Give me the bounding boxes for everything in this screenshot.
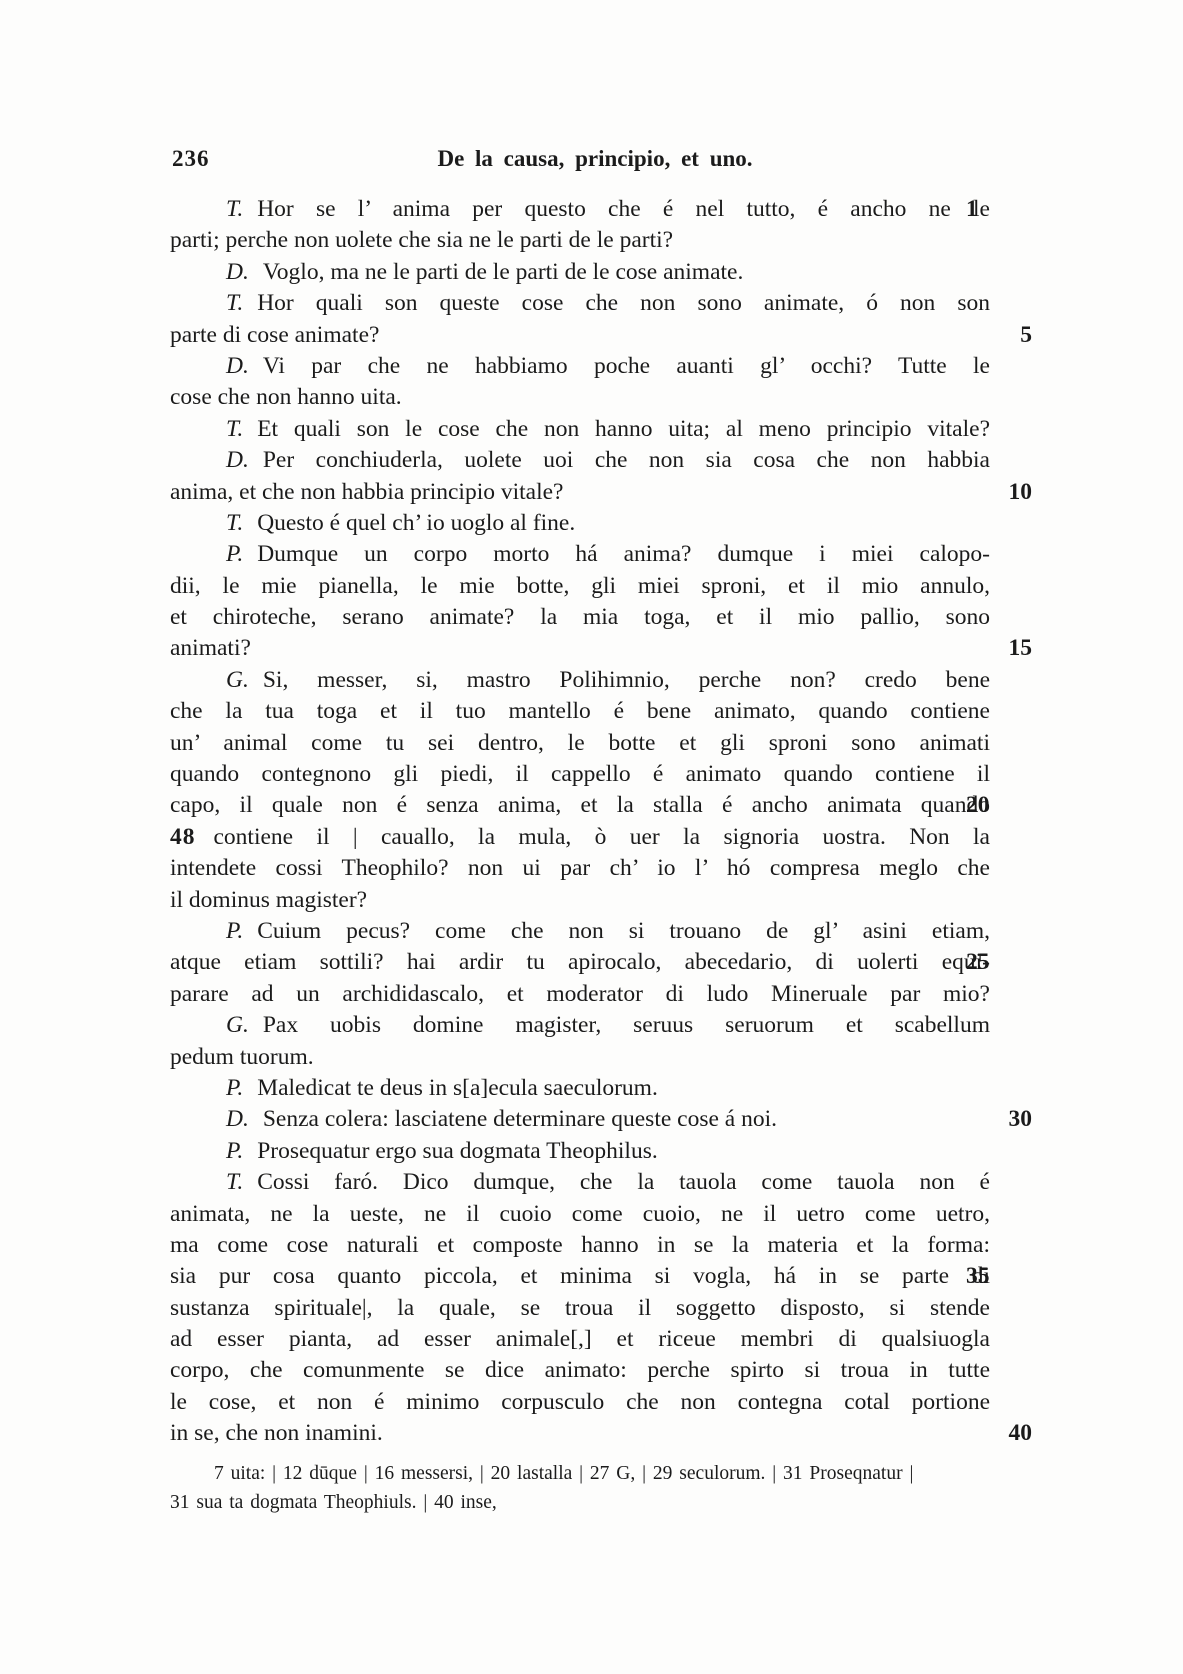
line-text: parare ad un archididascalo, et moderato… bbox=[170, 981, 990, 1007]
speaker-label: P. bbox=[226, 918, 243, 944]
margin-line-number: 40 bbox=[966, 1418, 1032, 1449]
line-text: corpo, che comunmente se dice animato: p… bbox=[170, 1357, 990, 1383]
line-text: anima, et che non habbia principio vital… bbox=[170, 479, 563, 505]
speaker-label: P. bbox=[226, 1138, 243, 1164]
text-line: 48contiene il | cauallo, la mula, ò uer … bbox=[170, 822, 990, 853]
line-text: in se, che non inamini. bbox=[170, 1420, 383, 1446]
text-line: cose che non hanno uita. bbox=[170, 382, 990, 413]
text-line: T.Hor se l’ anima per questo che é nel t… bbox=[170, 194, 990, 225]
speaker-label: G. bbox=[226, 667, 249, 693]
text-line: che la tua toga et il tuo mantello é ben… bbox=[170, 696, 990, 727]
line-text: Si, messer, si, mastro Polihimnio, perch… bbox=[263, 667, 990, 693]
text-line: in se, che non inamini.40 bbox=[170, 1418, 990, 1449]
speaker-label: P. bbox=[226, 541, 243, 567]
text-line: T.Hor quali son queste cose che non sono… bbox=[170, 288, 990, 319]
line-text: ma come cose naturali et composte hanno … bbox=[170, 1232, 990, 1258]
text-line: sustanza spirituale|, la quale, se troua… bbox=[170, 1293, 990, 1324]
line-text: Cuium pecus? come che non si trouano de … bbox=[257, 918, 990, 944]
line-text: contiene il | cauallo, la mula, ò uer la… bbox=[214, 824, 991, 850]
line-text: sustanza spirituale|, la quale, se troua… bbox=[170, 1295, 990, 1321]
page-content: 236 De la causa, principio, et uno. T.Ho… bbox=[170, 146, 990, 1517]
line-text: Maledicat te deus in s[a]ecula saeculoru… bbox=[257, 1075, 658, 1101]
text-line: atque etiam sottili? hai ardir tu apiroc… bbox=[170, 947, 990, 978]
margin-line-number: 10 bbox=[966, 477, 1032, 508]
line-text: parti; perche non uolete che sia ne le p… bbox=[170, 227, 673, 253]
book-page: 236 De la causa, principio, et uno. T.Ho… bbox=[0, 0, 1183, 1674]
text-body: T.Hor se l’ anima per questo che é nel t… bbox=[170, 194, 990, 1450]
text-line: intendete cossi Theophilo? non ui par ch… bbox=[170, 853, 990, 884]
text-line: parti; perche non uolete che sia ne le p… bbox=[170, 225, 990, 256]
margin-line-number: 5 bbox=[966, 320, 1032, 351]
speaker-label: D. bbox=[226, 447, 249, 473]
line-text: animati? bbox=[170, 635, 251, 661]
text-line: animata, ne la ueste, ne il cuoio come c… bbox=[170, 1199, 990, 1230]
text-line: parare ad un archididascalo, et moderato… bbox=[170, 979, 990, 1010]
text-line: ma come cose naturali et composte hanno … bbox=[170, 1230, 990, 1261]
speaker-label: T. bbox=[226, 416, 243, 442]
apparatus-line: 31 sua ta dogmata Theophiuls. | 40 inse, bbox=[170, 1488, 990, 1517]
leaf-number: 48 bbox=[170, 824, 196, 850]
line-text: Per conchiuderla, uolete uoi che non sia… bbox=[263, 447, 990, 473]
text-line: G.Pax uobis domine magister, seruus seru… bbox=[170, 1010, 990, 1041]
text-line: D.Senza colera: lasciatene determinare q… bbox=[170, 1104, 990, 1135]
line-text: Et quali son le cose che non hanno uita;… bbox=[257, 416, 990, 442]
text-line: D.Voglo, ma ne le parti de le parti de l… bbox=[170, 257, 990, 288]
line-text: che la tua toga et il tuo mantello é ben… bbox=[170, 698, 990, 724]
text-line: il dominus magister? bbox=[170, 885, 990, 916]
apparatus-text: 31 sua ta dogmata Theophiuls. | 40 inse, bbox=[170, 1492, 497, 1513]
margin-line-number: 1 bbox=[966, 194, 1032, 225]
running-title: De la causa, principio, et uno. bbox=[170, 146, 990, 172]
speaker-label: T. bbox=[226, 290, 243, 316]
speaker-label: D. bbox=[226, 259, 249, 285]
line-text: dii, le mie pianella, le mie botte, gli … bbox=[170, 573, 990, 599]
margin-line-number: 35 bbox=[966, 1261, 1032, 1292]
line-text: ad esser pianta, ad esser animale[,] et … bbox=[170, 1326, 990, 1352]
speaker-label: P. bbox=[226, 1075, 243, 1101]
margin-line-number: 30 bbox=[966, 1104, 1032, 1135]
speaker-label: T. bbox=[226, 1169, 243, 1195]
line-text: le cose, et non é minimo corpusculo che … bbox=[170, 1389, 990, 1415]
line-text: Senza colera: lasciatene determinare que… bbox=[263, 1106, 777, 1132]
line-text: Questo é quel ch’ io uoglo al fine. bbox=[257, 510, 575, 536]
text-line: capo, il quale non é senza anima, et la … bbox=[170, 790, 990, 821]
margin-line-number: 15 bbox=[966, 633, 1032, 664]
margin-line-number: 20 bbox=[966, 790, 1032, 821]
line-text: parte di cose animate? bbox=[170, 322, 379, 348]
text-line: P.Dumque un corpo morto há anima? dumque… bbox=[170, 539, 990, 570]
line-text: Prosequatur ergo sua dogmata Theophilus. bbox=[257, 1138, 658, 1164]
line-text: Hor quali son queste cose che non sono a… bbox=[257, 290, 990, 316]
speaker-label: G. bbox=[226, 1012, 249, 1038]
text-line: T.Cossi faró. Dico dumque, che la tauola… bbox=[170, 1167, 990, 1198]
line-text: Hor se l’ anima per questo che é nel tut… bbox=[257, 196, 990, 222]
page-number: 236 bbox=[172, 146, 210, 172]
page-header: 236 De la causa, principio, et uno. bbox=[170, 146, 990, 173]
line-text: Pax uobis domine magister, seruus seruor… bbox=[263, 1012, 990, 1038]
line-text: atque etiam sottili? hai ardir tu apiroc… bbox=[170, 949, 990, 975]
text-line: ad esser pianta, ad esser animale[,] et … bbox=[170, 1324, 990, 1355]
speaker-label: T. bbox=[226, 510, 243, 536]
text-line: le cose, et non é minimo corpusculo che … bbox=[170, 1387, 990, 1418]
text-line: P.Cuium pecus? come che non si trouano d… bbox=[170, 916, 990, 947]
text-line: sia pur cosa quanto piccola, et minima s… bbox=[170, 1261, 990, 1292]
text-line: D.Per conchiuderla, uolete uoi che non s… bbox=[170, 445, 990, 476]
speaker-label: T. bbox=[226, 196, 243, 222]
line-text: et chiroteche, serano animate? la mia to… bbox=[170, 604, 990, 630]
line-text: sia pur cosa quanto piccola, et minima s… bbox=[170, 1263, 990, 1289]
speaker-label: D. bbox=[226, 353, 249, 379]
text-line: D.Vi par che ne habbiamo poche auanti gl… bbox=[170, 351, 990, 382]
text-line: G.Si, messer, si, mastro Polihimnio, per… bbox=[170, 665, 990, 696]
line-text: Voglo, ma ne le parti de le parti de le … bbox=[263, 259, 744, 285]
critical-apparatus: 7 uita: | 12 dūque | 16 messersi, | 20 l… bbox=[170, 1459, 990, 1517]
text-line: P.Prosequatur ergo sua dogmata Theophilu… bbox=[170, 1136, 990, 1167]
text-line: corpo, che comunmente se dice animato: p… bbox=[170, 1355, 990, 1386]
text-line: animati?15 bbox=[170, 633, 990, 664]
line-text: il dominus magister? bbox=[170, 887, 367, 913]
line-text: capo, il quale non é senza anima, et la … bbox=[170, 792, 990, 818]
apparatus-line: 7 uita: | 12 dūque | 16 messersi, | 20 l… bbox=[170, 1459, 990, 1488]
text-line: un’ animal come tu sei dentro, le botte … bbox=[170, 728, 990, 759]
text-line: pedum tuorum. bbox=[170, 1042, 990, 1073]
text-line: anima, et che non habbia principio vital… bbox=[170, 477, 990, 508]
line-text: animata, ne la ueste, ne il cuoio come c… bbox=[170, 1201, 990, 1227]
line-text: un’ animal come tu sei dentro, le botte … bbox=[170, 730, 990, 756]
line-text: Dumque un corpo morto há anima? dumque i… bbox=[257, 541, 990, 567]
line-text: Cossi faró. Dico dumque, che la tauola c… bbox=[257, 1169, 990, 1195]
text-line: et chiroteche, serano animate? la mia to… bbox=[170, 602, 990, 633]
text-line: quando contegnono gli piedi, il cappello… bbox=[170, 759, 990, 790]
text-line: T.Et quali son le cose che non hanno uit… bbox=[170, 414, 990, 445]
text-line: parte di cose animate?5 bbox=[170, 320, 990, 351]
line-text: pedum tuorum. bbox=[170, 1044, 314, 1070]
text-line: T.Questo é quel ch’ io uoglo al fine. bbox=[170, 508, 990, 539]
line-text: quando contegnono gli piedi, il cappello… bbox=[170, 761, 990, 787]
margin-line-number: 25 bbox=[966, 947, 1032, 978]
text-line: dii, le mie pianella, le mie botte, gli … bbox=[170, 571, 990, 602]
line-text: intendete cossi Theophilo? non ui par ch… bbox=[170, 855, 990, 881]
line-text: cose che non hanno uita. bbox=[170, 384, 402, 410]
line-text: Vi par che ne habbiamo poche auanti gl’ … bbox=[263, 353, 990, 379]
text-line: P.Maledicat te deus in s[a]ecula saeculo… bbox=[170, 1073, 990, 1104]
speaker-label: D. bbox=[226, 1106, 249, 1132]
apparatus-text: 7 uita: | 12 dūque | 16 messersi, | 20 l… bbox=[214, 1463, 913, 1484]
